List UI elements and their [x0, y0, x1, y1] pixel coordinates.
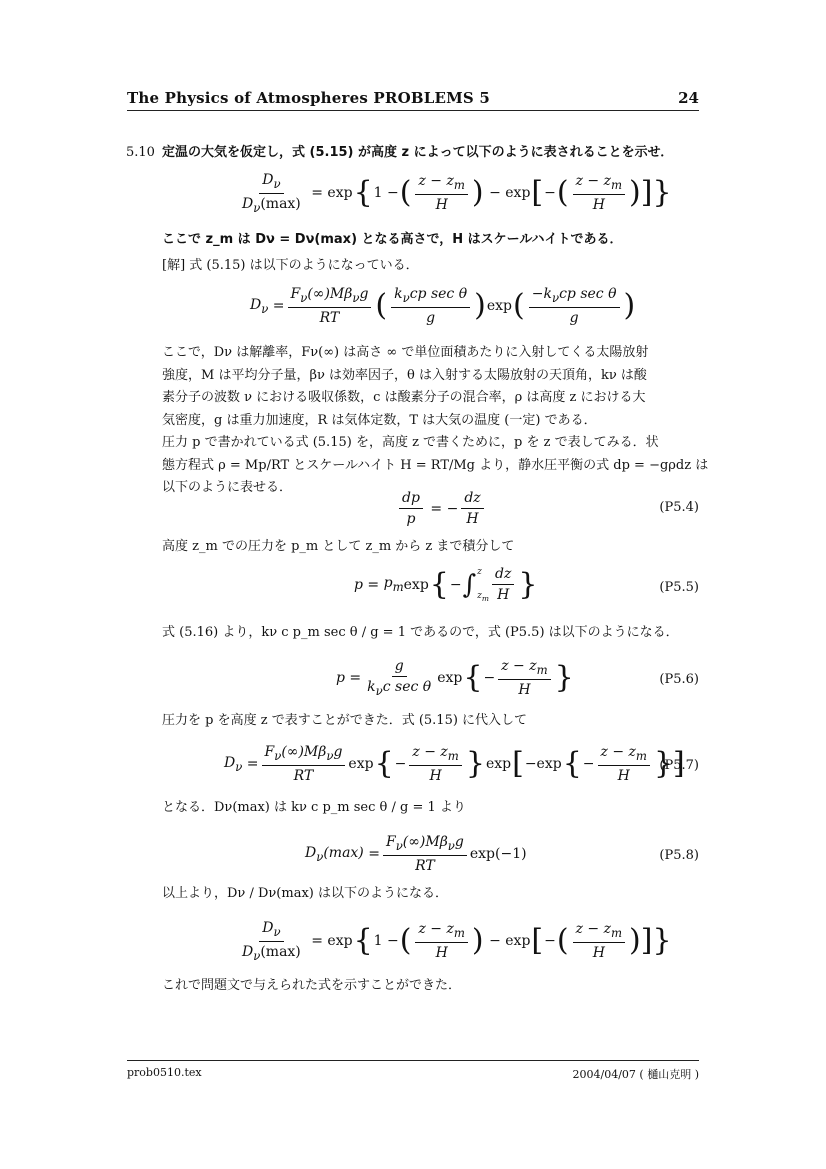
target-equation-final: DνDν(max) = exp{1 −( z − zmH) − exp[−( z… — [236, 920, 673, 963]
definitions-line: 強度，M は平均分子量，βν は効率因子，θ は入射する太陽放射の天頂角，kν … — [162, 365, 710, 388]
equation-p5-8: Dν(max) = Fν(∞)MβνgRT exp(−1) — [305, 834, 527, 874]
footer-date-author: 2004/04/07 ( 樋山克明 ) — [573, 1066, 699, 1082]
solution-intro: [解] 式 (5.15) は以下のようになっている． — [162, 256, 419, 276]
equation-label: (P5.4) — [659, 500, 699, 515]
problem-number: 5.10 — [126, 143, 155, 163]
definitions-line: 素分子の波数 ν における吸収係数，c は酸素分子の混合率，ρ は高度 z にお… — [162, 387, 710, 410]
running-header-title: The Physics of Atmospheres PROBLEMS 5 — [127, 89, 490, 107]
equation-label: (P5.6) — [659, 672, 699, 687]
equation-p5-5: p = pmexp{− ∫zzm dzH} — [354, 566, 538, 603]
equation-p5-7: Dν = Fν(∞)MβνgRT exp{− z − zmH} exp[−exp… — [224, 744, 686, 784]
definitions-paragraph: ここで，Dν は解離率，Fν(∞) は高さ ∞ で単位面積あたりに入射してくる太… — [162, 342, 710, 432]
equation-label: (P5.8) — [659, 848, 699, 863]
footer-filename: prob0510.tex — [127, 1066, 202, 1079]
equation-p5-4: dpp = − dzH — [396, 490, 487, 527]
eq516-line: 式 (5.16) より，kν c p_m sec θ / g = 1 であるので… — [162, 623, 679, 643]
substitute-line: 圧力を p を高度 z で表すことができた．式 (5.15) に代入して — [162, 711, 527, 731]
pressure-line: 態方程式 ρ = Mp/RT とスケールハイト H = RT/Mg より，静水圧… — [162, 455, 710, 478]
problem-statement: 定温の大気を仮定し，式 (5.15) が高度 z によって以下のように表されるこ… — [162, 143, 673, 163]
max-line: となる．Dν(max) は kν c p_m sec θ / g = 1 より — [162, 798, 466, 818]
problem-note: ここで z_m は Dν = Dν(max) となる高さで，H はスケールハイト… — [162, 230, 623, 250]
definitions-line: 気密度，g は重力加速度，R は気体定数，T は大気の温度 (一定) である． — [162, 410, 710, 433]
pressure-line: 圧力 p で書かれている式 (5.15) を，高度 z で書くために，p を z… — [162, 432, 710, 455]
ratio-line: 以上より，Dν / Dν(max) は以下のようになる． — [162, 884, 448, 904]
header-rule — [127, 110, 699, 111]
equation-5-15: Dν = Fν(∞)MβνgRT (kνcp sec θg) exp(−kνcp… — [250, 286, 636, 326]
page-number: 24 — [678, 89, 699, 107]
equation-label: (P5.5) — [659, 580, 699, 595]
equation-p5-6: p = gkνc sec θ exp{− z − zmH} — [336, 658, 575, 698]
integrate-line: 高度 z_m での圧力を p_m として z_m から z まで積分して — [162, 537, 514, 557]
target-equation-top: DνDν(max) = exp{1 −( z − zmH) − exp[−( z… — [236, 172, 673, 215]
definitions-line: ここで，Dν は解離率，Fν(∞) は高さ ∞ で単位面積あたりに入射してくる太… — [162, 342, 710, 365]
conclusion: これで問題文で与えられた式を示すことができた． — [162, 976, 461, 996]
equation-label: (P5.7) — [659, 758, 699, 773]
footer-rule — [127, 1060, 699, 1061]
